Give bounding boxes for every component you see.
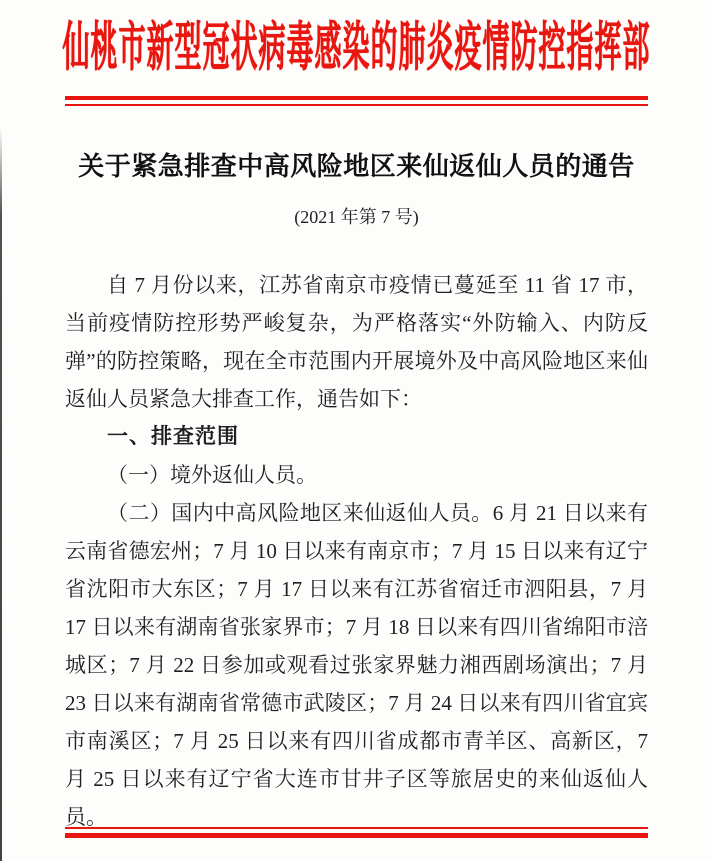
header-double-rule <box>65 96 648 106</box>
scope-item-overseas: （一）境外返仙人员。 <box>65 456 648 494</box>
section-heading-scope: 一、排查范围 <box>65 418 648 456</box>
header-rule-thin-line <box>65 104 648 106</box>
scope-item-domestic-risk-areas: （二）国内中高风险地区来仙返仙人员。6 月 21 日以来有云南省德宏州；7 月 … <box>65 494 648 836</box>
letterhead-org-name: 仙桃市新型冠状病毒感染的肺炎疫情防控指挥部 <box>63 4 651 80</box>
intro-paragraph: 自 7 月份以来，江苏省南京市疫情已蔓延至 11 省 17 市，当前疫情防控形势… <box>65 266 648 418</box>
notice-doc-number: (2021 年第 7 号) <box>0 203 713 229</box>
footer-double-rule <box>65 827 648 838</box>
scan-edge-artifact <box>0 128 2 861</box>
notice-body: 自 7 月份以来，江苏省南京市疫情已蔓延至 11 省 17 市，当前疫情防控形势… <box>65 266 648 836</box>
letterhead: 仙桃市新型冠状病毒感染的肺炎疫情防控指挥部 <box>0 4 713 80</box>
footer-rule-thick-line <box>65 833 648 838</box>
notice-page: 仙桃市新型冠状病毒感染的肺炎疫情防控指挥部 关于紧急排查中高风险地区来仙返仙人员… <box>0 0 713 861</box>
notice-title: 关于紧急排查中高风险地区来仙返仙人员的通告 <box>0 146 713 183</box>
